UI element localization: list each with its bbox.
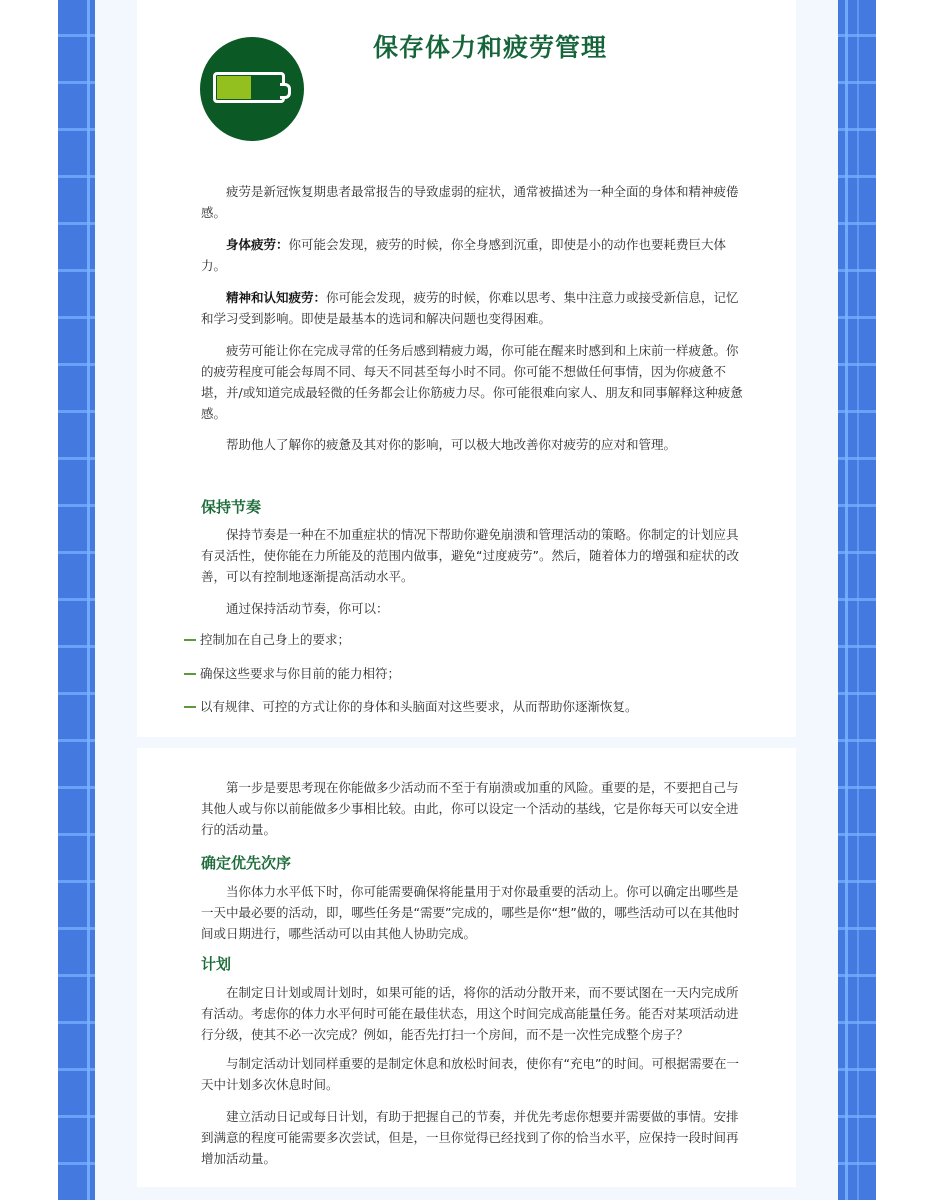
left-grid-line xyxy=(87,0,90,1200)
battery-half-icon xyxy=(200,37,304,141)
list-item: 控制加在自己身上的要求； xyxy=(184,630,350,650)
section-heading-priorities: 确定优先次序 xyxy=(201,852,291,873)
card-gap xyxy=(137,737,796,748)
right-grid-line-2 xyxy=(857,0,859,1200)
intro-paragraph-4: 疲劳可能让你在完成寻常的任务后感到精疲力竭，你可能在醒来时感到和上床前一样疲惫。… xyxy=(201,340,746,424)
pacing-paragraph-2: 通过保持活动节奏，你可以： xyxy=(201,598,746,619)
dash-bullet-icon xyxy=(184,673,196,675)
priorities-paragraph: 当你体力水平低下时，你可能需要确保将能量用于对你最重要的活动上。你可以确定出哪些… xyxy=(201,881,746,944)
intro-paragraph-5: 帮助他人了解你的疲惫及其对你的影响，可以极大地改善你对疲劳的应对和管理。 xyxy=(201,434,746,455)
planning-paragraph-2: 与制定活动计划同样重要的是制定休息和放松时间表，使你有“充电”的时间。可根据需要… xyxy=(201,1053,746,1095)
dash-bullet-icon xyxy=(184,706,196,708)
page-title: 保存体力和疲劳管理 xyxy=(300,28,680,64)
section-heading-pacing: 保持节奏 xyxy=(201,496,261,517)
left-margin xyxy=(95,0,137,1200)
list-item-text: 控制加在自己身上的要求； xyxy=(200,632,350,647)
list-item: 确保这些要求与你目前的能力相符； xyxy=(184,664,400,684)
list-item: 以有规律、可控的方式让你的身体和头脑面对这些要求，从而帮助你逐渐恢复。 xyxy=(184,697,638,717)
list-item-text: 以有规律、可控的方式让你的身体和头脑面对这些要求，从而帮助你逐渐恢复。 xyxy=(200,699,638,714)
intro-paragraph-cognitive: 精神和认知疲劳：你可能会发现，疲劳的时候，你难以思考、集中注意力或接受新信息，记… xyxy=(201,287,746,329)
planning-paragraph-1: 在制定日计划或周计划时，如果可能的话，将你的活动分散开来，而不要试图在一天内完成… xyxy=(201,982,746,1045)
baseline-paragraph: 第一步是要思考现在你能做多少活动而不至于有崩溃或加重的风险。重要的是，不要把自己… xyxy=(201,777,746,840)
right-margin xyxy=(796,0,838,1200)
pacing-paragraph-1: 保持节奏是一种在不加重症状的情况下帮助你避免崩溃和管理活动的策略。你制定的计划应… xyxy=(201,524,746,587)
intro-paragraph-1: 疲劳是新冠恢复期患者最常报告的导致虚弱的症状，通常被描述为一种全面的身体和精神疲… xyxy=(201,181,746,223)
intro-paragraph-physical: 身体疲劳：你可能会发现，疲劳的时候，你全身感到沉重，即使是小的动作也要耗费巨大体… xyxy=(201,234,746,276)
physical-fatigue-label: 身体疲劳： xyxy=(226,237,289,252)
section-heading-planning: 计划 xyxy=(201,953,231,974)
battery-terminal xyxy=(280,83,291,99)
bottom-margin xyxy=(137,1187,796,1200)
battery-body xyxy=(213,72,285,103)
planning-paragraph-3: 建立活动日记或每日计划，有助于把握自己的节奏，并优先考虑你想要并需要做的事情。安… xyxy=(201,1106,746,1169)
dash-bullet-icon xyxy=(184,639,196,641)
battery-level xyxy=(217,76,251,99)
list-item-text: 确保这些要求与你目前的能力相符； xyxy=(200,666,400,681)
cognitive-fatigue-label: 精神和认知疲劳： xyxy=(226,290,326,305)
right-grid-line xyxy=(845,0,848,1200)
